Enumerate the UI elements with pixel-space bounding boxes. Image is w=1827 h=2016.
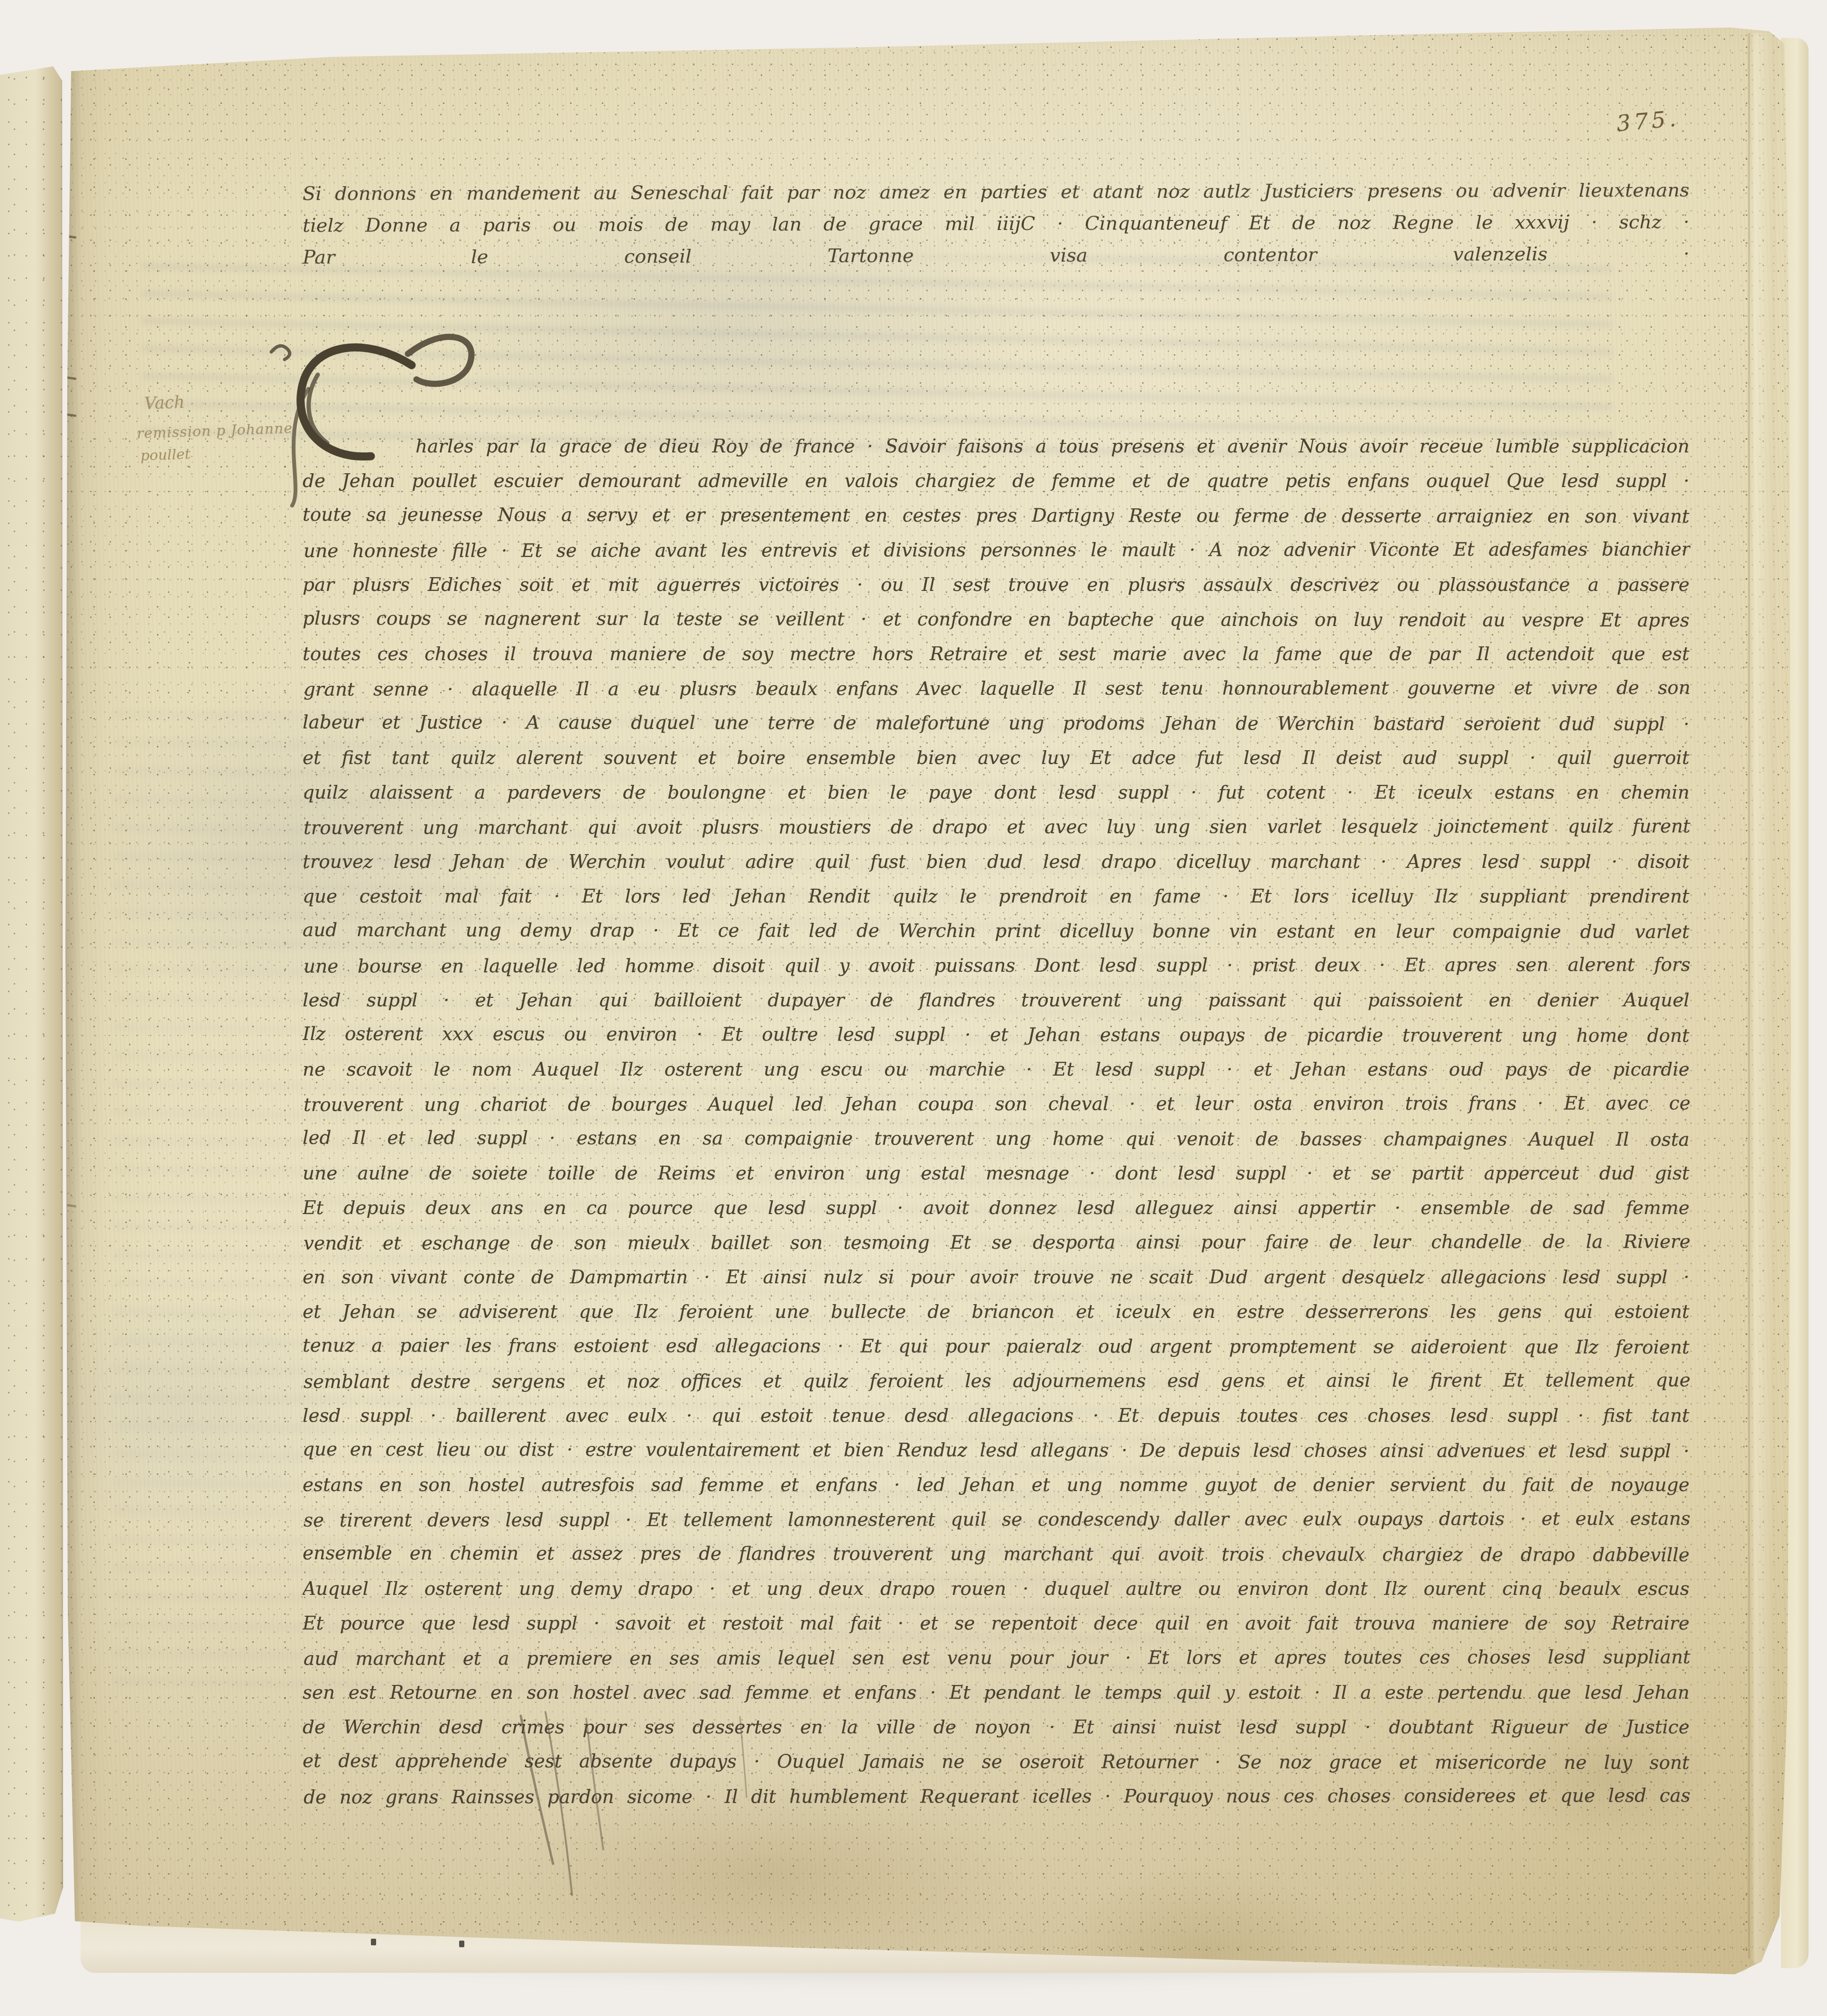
manuscript-line: tenuz a paier les frans estoient esd all… [303,1328,1689,1365]
manuscript-line: trouverent ung chariot de bourges Auquel… [304,1086,1690,1123]
manuscript-line: de Werchin desd crimes pour ses desserte… [303,1710,1689,1745]
manuscript-line: en son vivant conte de Dampmartin · Et a… [303,1260,1689,1295]
manuscript-line: vendit et eschange de son mieulx baillet… [304,1224,1690,1261]
fold-crease [1748,33,1750,1959]
manuscript-line: trouvez lesd Jehan de Werchin voulut adi… [303,845,1689,879]
closing-line: tielz Donne a paris ou mois de may lan d… [303,206,1689,242]
manuscript-line: toute sa jeunesse Nous a servy et er pre… [303,497,1689,534]
folio-number: 375. [1615,107,1680,135]
binding-clasp-mark [371,1939,376,1945]
manuscript-line: labeur et Justice · A cause duquel une t… [303,705,1689,742]
manuscript-line: grant senne · alaquelle Il a eu plusrs b… [304,671,1690,707]
manuscript-line: lesd suppl · et Jehan qui bailloient dup… [303,983,1689,1018]
entry-body-text: harles par la grace de dieu Roy de franc… [303,429,1689,1814]
verso-showthrough [142,256,1613,455]
manuscript-line: Et pource que lesd suppl · savoit et res… [303,1606,1689,1641]
manuscript-line: harles par la grace de dieu Roy de franc… [303,429,1689,464]
closing-line: Si donnons en mandement au Seneschal fai… [303,175,1689,210]
manuscript-line: et Jehan se adviserent que Ilz feroient … [303,1295,1689,1329]
manuscript-line: que en cest lieu ou dist · estre voulent… [303,1432,1689,1469]
manuscript-line: une bourse en laquelle led homme disoit … [304,948,1690,984]
manuscript-line: aud marchant et a premiere en ses amis l… [304,1640,1690,1676]
manuscript-line: se tirerent devers lesd suppl · Et telle… [304,1501,1690,1538]
facing-page-edge [0,66,64,1923]
manuscript-line: estans en son hostel autresfois sad femm… [303,1468,1689,1502]
manuscript-line: plusrs coups se nagnerent sur la teste s… [303,601,1689,638]
gutter-shadow [65,38,160,1973]
manuscript-line: ne scavoit le nom Auquel Ilz osterent un… [303,1052,1689,1087]
closing-line: Par le conseil Tartonne visa contentor v… [303,238,1689,274]
manuscript-line: quilz alaissent a pardevers de boulongne… [303,775,1689,810]
manuscript-line: lesd suppl · baillerent avec eulx · qui … [303,1399,1689,1433]
manuscript-line: de noz grans Rainsses pardon sicome · Il… [304,1778,1690,1815]
manuscript-line: de Jehan poullet escuier demourant admev… [303,464,1689,498]
fold-crease-highlight [1753,33,1775,1963]
manuscript-line: ensemble en chemin et assez pres de flan… [303,1536,1689,1573]
manuscript-line: Auquel Ilz osterent ung demy drapo · et … [303,1572,1689,1606]
manuscript-line: sen est Retourne en son hostel avec sad … [303,1675,1689,1710]
manuscript-line: Ilz osterent xxx escus ou environ · Et o… [303,1017,1689,1053]
closing-paragraph: Si donnons en mandement au Seneschal fai… [303,175,1690,274]
manuscript-line: aud marchant ung demy drap · Et ce fait … [303,913,1689,949]
manuscript-line: que cestoit mal fait · Et lors led Jehan… [303,879,1689,914]
manuscript-line: par plusrs Ediches soit et mit aguerres … [303,568,1689,602]
manuscript-line: une honneste fille · Et se aiche avant l… [304,532,1690,569]
binding-clasp-mark [459,1941,464,1947]
manuscript-line: une aulne de soiete toille de Reims et e… [303,1156,1689,1191]
manuscript-photograph: 375. Si donnons en mandement au Senescha… [0,0,1827,2016]
manuscript-line: led Il et led suppl · estans en sa compa… [303,1121,1689,1157]
manuscript-line: semblant destre sergens et noz offices e… [304,1363,1690,1399]
manuscript-line: toutes ces choses il trouva maniere de s… [303,637,1689,672]
manuscript-page: 375. Si donnons en mandement au Senescha… [0,0,1827,2016]
manuscript-line: et fist tant quilz alerent souvent et bo… [303,741,1689,775]
manuscript-line: trouverent ung marchant qui avoit plusrs… [304,809,1690,846]
manuscript-line: Et depuis deux ans en ca pource que lesd… [303,1191,1689,1225]
manuscript-line: et dest apprehende sest absente dupays ·… [303,1744,1689,1780]
